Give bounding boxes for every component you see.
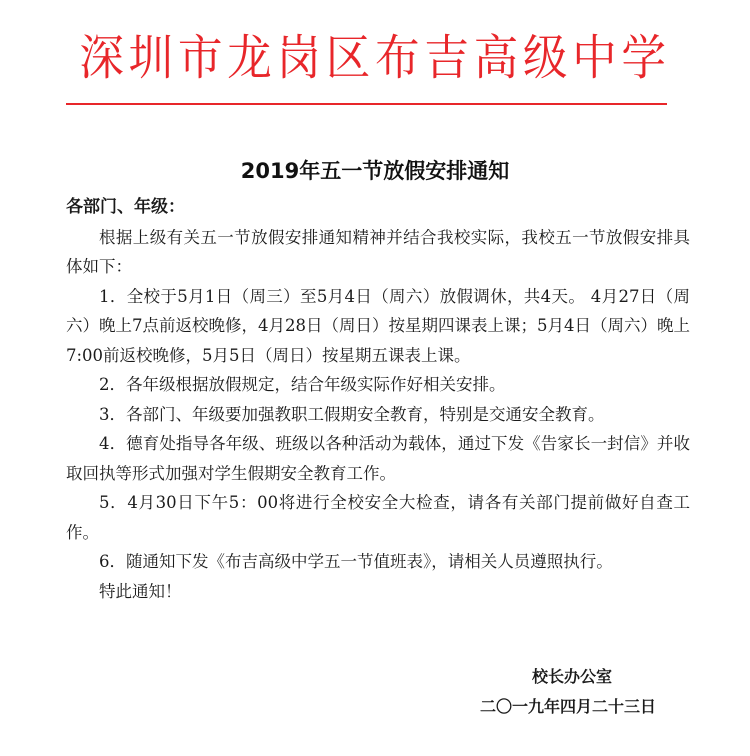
closing-line: 特此通知！ xyxy=(66,577,690,607)
issue-date: 二〇一九年四月二十三日 xyxy=(480,692,690,722)
item-6: 6．随通知下发《布吉高级中学五一节值班表》，请相关人员遵照执行。 xyxy=(66,547,690,577)
item-1: 1．全校于5月1日（周三）至5月4日（周六）放假调休，共4天。 4月27日（周六… xyxy=(66,282,690,371)
item-5: 5．4月30日下午5：00将进行全校安全大检查，请各有关部门提前做好自查工作。 xyxy=(66,488,690,547)
letterhead-divider xyxy=(66,103,667,105)
document-page: 深圳市龙岗区布吉高级中学 2019年五一节放假安排通知 各部门、年级： 根据上级… xyxy=(0,0,750,756)
item-3: 3．各部门、年级要加强教职工假期安全教育，特别是交通安全教育。 xyxy=(66,400,690,430)
issuing-office: 校长办公室 xyxy=(480,662,690,692)
intro-paragraph: 根据上级有关五一节放假安排通知精神并结合我校实际，我校五一节放假安排具体如下： xyxy=(66,223,690,282)
notice-body: 各部门、年级： 根据上级有关五一节放假安排通知精神并结合我校实际，我校五一节放假… xyxy=(66,193,690,606)
salutation: 各部门、年级： xyxy=(66,193,690,223)
signature-block: 校长办公室 二〇一九年四月二十三日 xyxy=(480,662,690,722)
item-4: 4．德育处指导各年级、班级以各种活动为载体，通过下发《告家长一封信》并收取回执等… xyxy=(66,429,690,488)
item-2: 2．各年级根据放假规定，结合年级实际作好相关安排。 xyxy=(66,370,690,400)
notice-title: 2019年五一节放假安排通知 xyxy=(0,156,750,186)
school-letterhead: 深圳市龙岗区布吉高级中学 xyxy=(26,28,724,88)
